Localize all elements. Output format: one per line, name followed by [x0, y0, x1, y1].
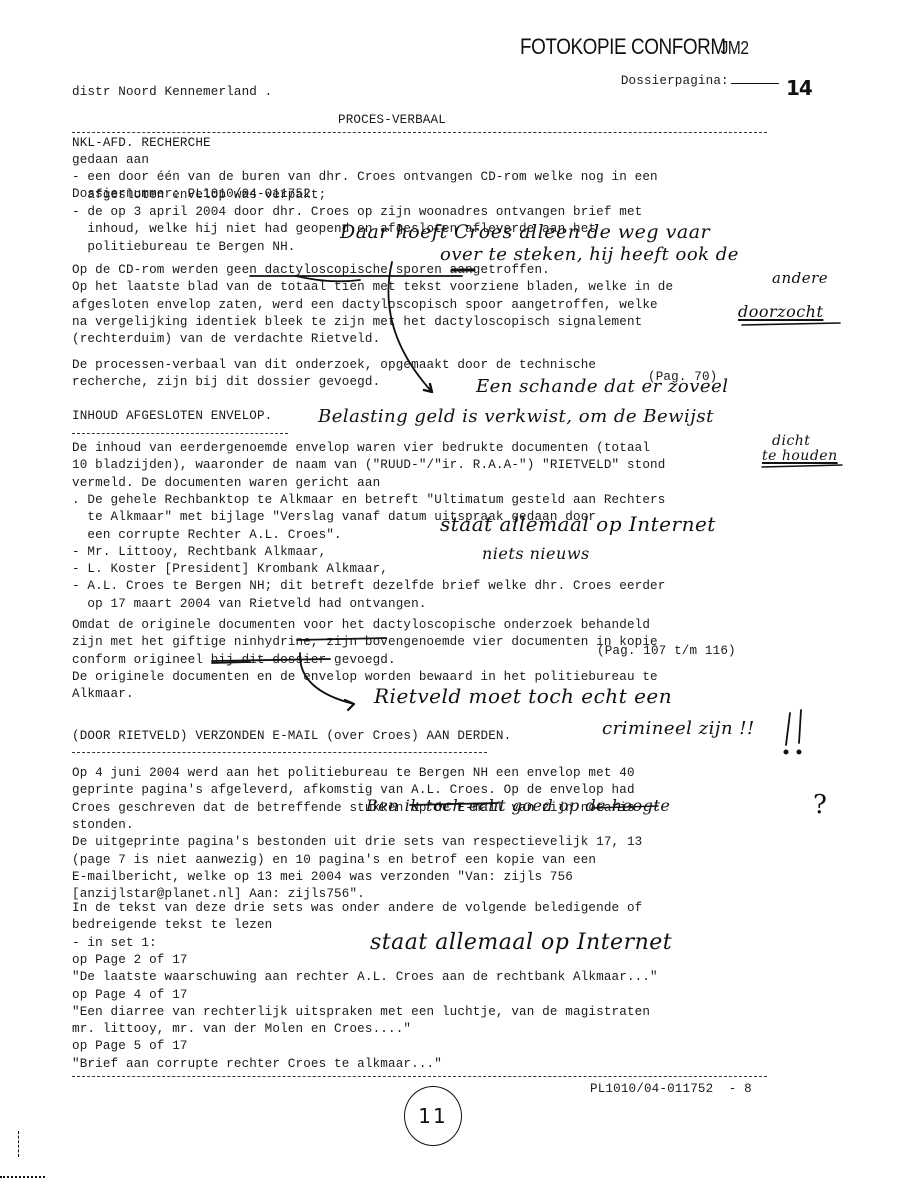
section-heading-email: (DOOR RIETVELD) VERZONDEN E-MAIL (over C… [72, 728, 511, 744]
handwritten-note-rietveld: Rietveld moet toch echt een [374, 684, 672, 708]
handwritten-note-niets-nieuws: niets nieuws [482, 544, 590, 563]
text-line: na vergelijking identiek bleek te zijn m… [72, 314, 642, 330]
document-title: PROCES-VERBAAL [338, 113, 446, 127]
dossier-page-label: Dossierpagina: [621, 74, 729, 88]
section-heading-envelop: INHOUD AFGESLOTEN ENVELOP. [72, 408, 272, 424]
text-line: - L. Koster [President] Krombank Alkmaar… [72, 561, 388, 577]
text-line: op 17 maart 2004 van Rietveld had ontvan… [72, 596, 427, 612]
stamp-initials: JM2 [721, 38, 749, 58]
page-reference-107: (Pag. 107 t/m 116) [597, 643, 736, 659]
margin-mark [18, 1131, 19, 1157]
text-line: afgesloten envelop was verpakt; [72, 187, 326, 203]
scan-edge-dots [0, 1176, 45, 1178]
text-line: . De gehele Rechbanktop te Alkmaar en be… [72, 492, 665, 508]
text-line: "Brief aan corrupte rechter Croes te alk… [72, 1056, 442, 1072]
text-line: (rechterduim) van de verdachte Rietveld. [72, 331, 380, 347]
text-line: 10 bladzijden), waaronder de naam van ("… [72, 457, 665, 473]
dossier-page-field: Dossierpagina: [590, 60, 779, 102]
district-label: distr Noord Kennemerland . [72, 84, 311, 101]
text-line: Alkmaar. [72, 686, 134, 702]
handwritten-note-dicht: dicht [772, 433, 810, 449]
text-line: afgesloten envelop zaten, werd een dacty… [72, 297, 658, 313]
handwritten-note-te-houden: te houden [762, 448, 838, 464]
text-line: Op 4 juni 2004 werd aan het politieburea… [72, 765, 635, 781]
handwritten-note-hoogte: Ben ik toch echt goed op de hoogte [366, 796, 670, 815]
text-line: De originele documenten en de envelop wo… [72, 669, 658, 685]
fotokopie-conform-stamp: FOTOKOPIE CONFORMJM2 [520, 34, 749, 60]
text-line: - een door één van de buren van dhr. Cro… [72, 169, 658, 185]
circled-page-number: 11 [404, 1086, 462, 1146]
envelop-heading-underline [72, 433, 288, 434]
text-line: In de tekst van deze drie sets was onder… [72, 900, 642, 916]
handwritten-note-oversteken: over te steken, hij heeft ook de [440, 244, 739, 265]
text-line: een corrupte Rechter A.L. Croes". [72, 527, 342, 543]
text-line: "Een diarree van rechterlijk uitspraken … [72, 1004, 650, 1020]
handwritten-note-internet-2: staat allemaal op Internet [370, 930, 672, 955]
text-line: De inhoud van eerdergenoemde envelop war… [72, 440, 650, 456]
text-line: op Page 4 of 17 [72, 987, 188, 1003]
text-line: zijn met het giftige ninhydrine, zijn bo… [72, 634, 658, 650]
handwritten-question-mark: ? [813, 790, 827, 820]
handwritten-note-belasting: Belasting geld is verkwist, om de Bewijs… [318, 406, 714, 427]
text-line: "De laatste waarschuwing aan rechter A.L… [72, 969, 658, 985]
text-line: - A.L. Croes te Bergen NH; dit betreft d… [72, 578, 665, 594]
text-line: conform origineel bij dit dossier gevoeg… [72, 652, 396, 668]
circled-number-text: 11 [418, 1104, 447, 1128]
text-line: vermeld. De documenten waren gericht aan [72, 475, 380, 491]
footer-divider [72, 1076, 767, 1077]
text-line: gedaan aan [72, 152, 149, 168]
text-line: stonden. [72, 817, 134, 833]
department-label: NKL-AFD. RECHERCHE [72, 135, 311, 152]
handwritten-note-schande: Een schande dat er zoveel [476, 376, 728, 397]
text-line: recherche, zijn bij dit dossier gevoegd. [72, 374, 380, 390]
handwritten-note-andere: andere [772, 269, 828, 287]
text-line: (page 7 is niet aanwezig) en 10 pagina's… [72, 852, 596, 868]
text-line: - in set 1: [72, 935, 157, 951]
dossier-page-blank [731, 83, 779, 84]
text-line: Omdat de originele documenten voor het d… [72, 617, 650, 633]
text-line: bedreigende tekst te lezen [72, 917, 272, 933]
text-line: De processen-verbaal van dit onderzoek, … [72, 357, 596, 373]
handwritten-note-internet-1: staat allemaal op Internet [440, 512, 716, 536]
text-line: E-mailbericht, welke op 13 mei 2004 was … [72, 869, 573, 885]
text-line: politiebureau te Bergen NH. [72, 239, 296, 255]
text-line: op Page 5 of 17 [72, 1038, 188, 1054]
handwritten-note-doorzocht: doorzocht [738, 302, 823, 321]
email-heading-underline [72, 752, 487, 753]
text-line: De uitgeprinte pagina's bestonden uit dr… [72, 834, 642, 850]
text-line: Op het laatste blad van de totaal tien m… [72, 279, 673, 295]
text-line: op Page 2 of 17 [72, 952, 188, 968]
handwritten-page-number: 14 [786, 76, 812, 100]
text-line: - de op 3 april 2004 door dhr. Croes op … [72, 204, 642, 220]
scanned-document-page: distr Noord Kennemerland . NKL-AFD. RECH… [0, 0, 900, 1180]
text-line: mr. littooy, mr. van der Molen en Croes.… [72, 1021, 411, 1037]
handwritten-note-crimineel: crimineel zijn !! [602, 718, 755, 739]
text-line: - Mr. Littooy, Rechtbank Alkmaar, [72, 544, 326, 560]
handwritten-note-daar: Daar hoeft Croes alleen de weg vaar [340, 221, 710, 243]
stamp-text: FOTOKOPIE CONFORM [520, 34, 726, 59]
footer-dossier-ref: PL1010/04-011752 - 8 [590, 1082, 752, 1096]
header-divider [72, 132, 767, 133]
